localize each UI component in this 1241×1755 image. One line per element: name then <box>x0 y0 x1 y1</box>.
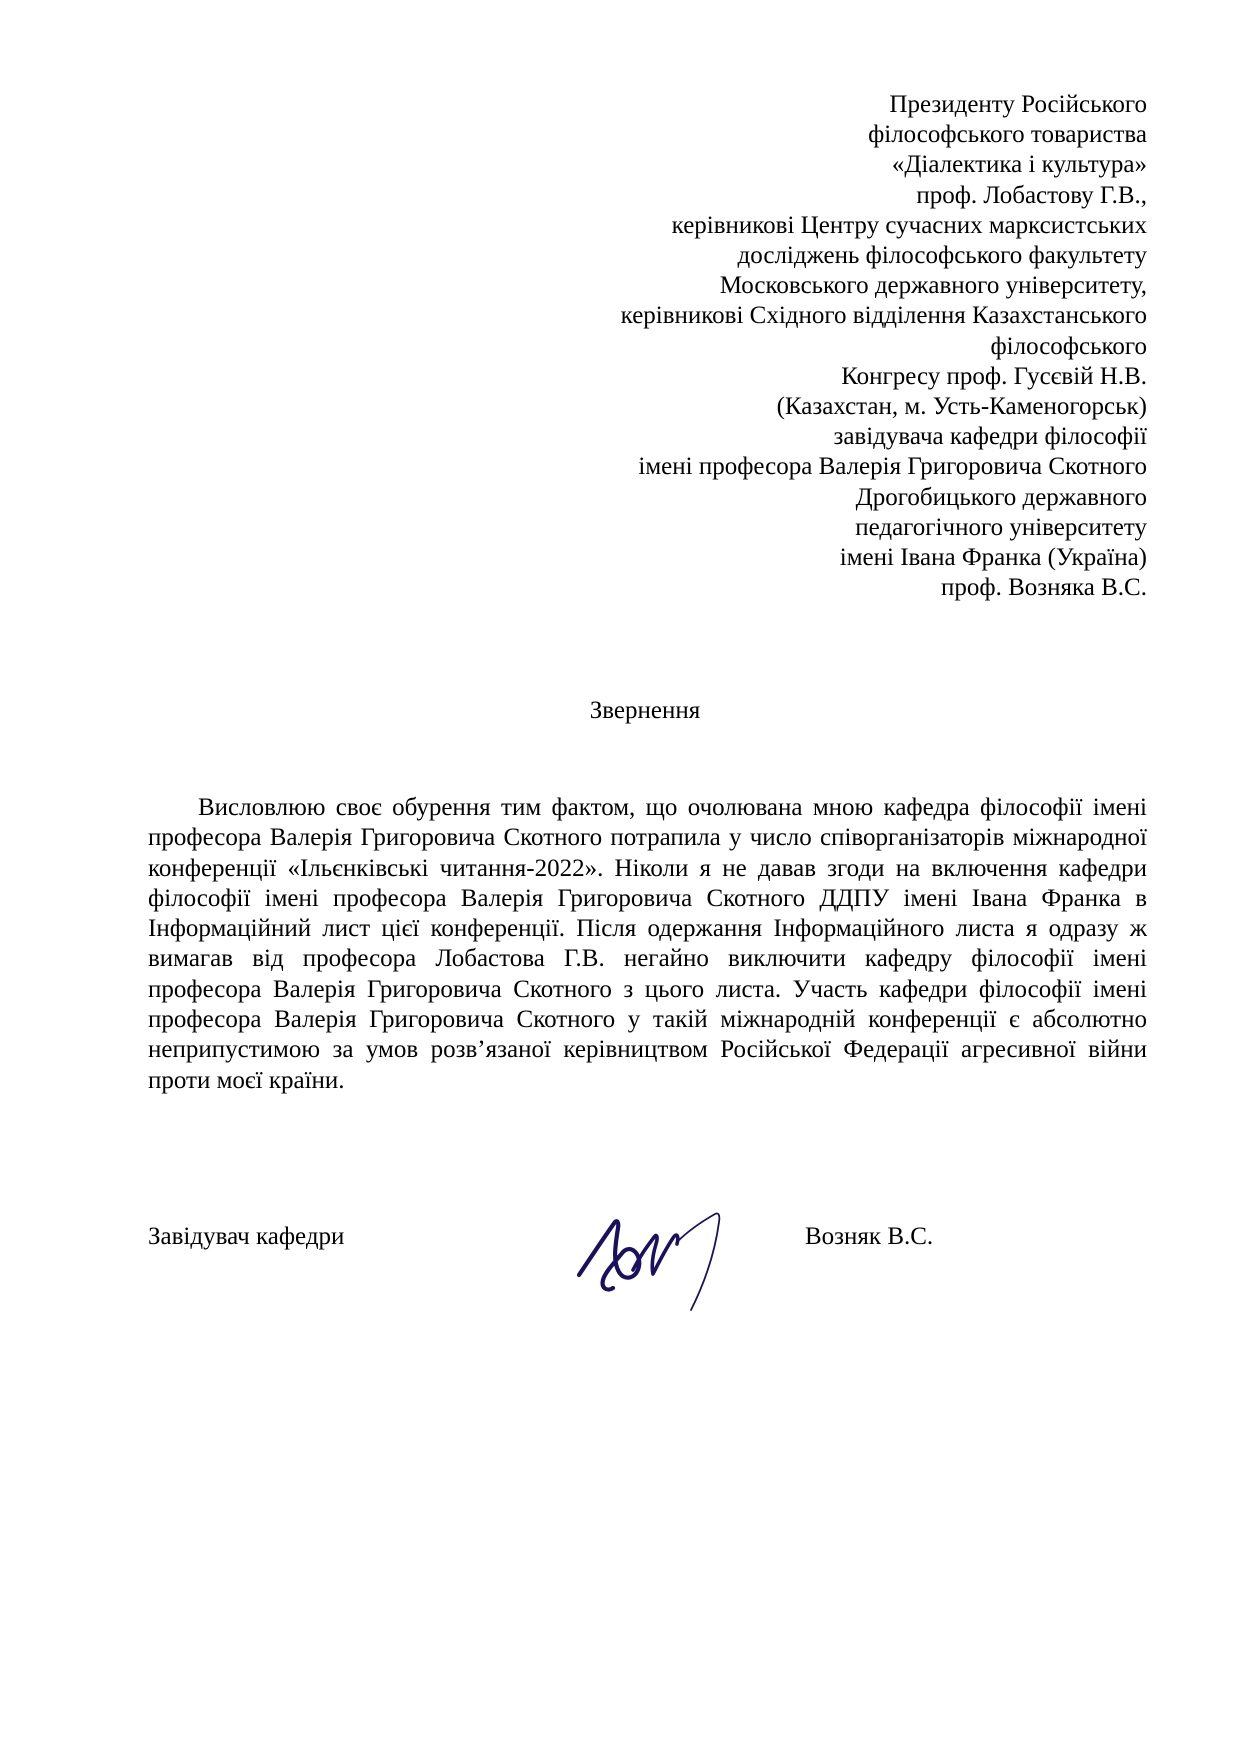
addressee-line: педагогічного університету <box>447 513 1147 543</box>
addressee-line: (Казахстан, м. Усть-Каменогорськ) <box>447 392 1147 422</box>
addressee-line: проф. Возняка В.С. <box>447 573 1147 603</box>
addressee-line: філософського товариства <box>447 120 1147 150</box>
document-title: Звернення <box>0 696 1241 726</box>
document-page: Президенту Російського філософського тов… <box>0 0 1241 1755</box>
addressee-line: Президенту Російського <box>447 90 1147 120</box>
signatory-position: Завідувач кафедри <box>148 1222 344 1252</box>
addressee-line: імені Івана Франка (Україна) <box>447 543 1147 573</box>
addressee-line: керівникові Центру сучасних марксистськи… <box>447 211 1147 241</box>
signature-row: Завідувач кафедри Возняк В.С. <box>0 1222 1241 1342</box>
addressee-line: Конгресу проф. Гусєвій Н.В. <box>447 362 1147 392</box>
addressee-line: завідувача кафедри філософії <box>447 422 1147 452</box>
addressee-line: філософського <box>447 332 1147 362</box>
signatory-name: Возняк В.С. <box>805 1222 933 1252</box>
addressee-line: «Діалектика і культура» <box>447 150 1147 180</box>
addressee-block: Президенту Російського філософського тов… <box>447 90 1147 603</box>
handwritten-signature-icon <box>565 1192 735 1322</box>
addressee-line: Дрогобицького державного <box>447 483 1147 513</box>
addressee-line: проф. Лобастову Г.В., <box>447 181 1147 211</box>
addressee-line: досліджень філософського факультету <box>447 241 1147 271</box>
addressee-line: керівникові Східного відділення Казахста… <box>447 301 1147 331</box>
document-body: Висловлюю своє обурення тим фактом, що о… <box>148 793 1147 1096</box>
addressee-line: імені професора Валерія Григоровича Скот… <box>447 452 1147 482</box>
addressee-line: Московського державного університету, <box>447 271 1147 301</box>
